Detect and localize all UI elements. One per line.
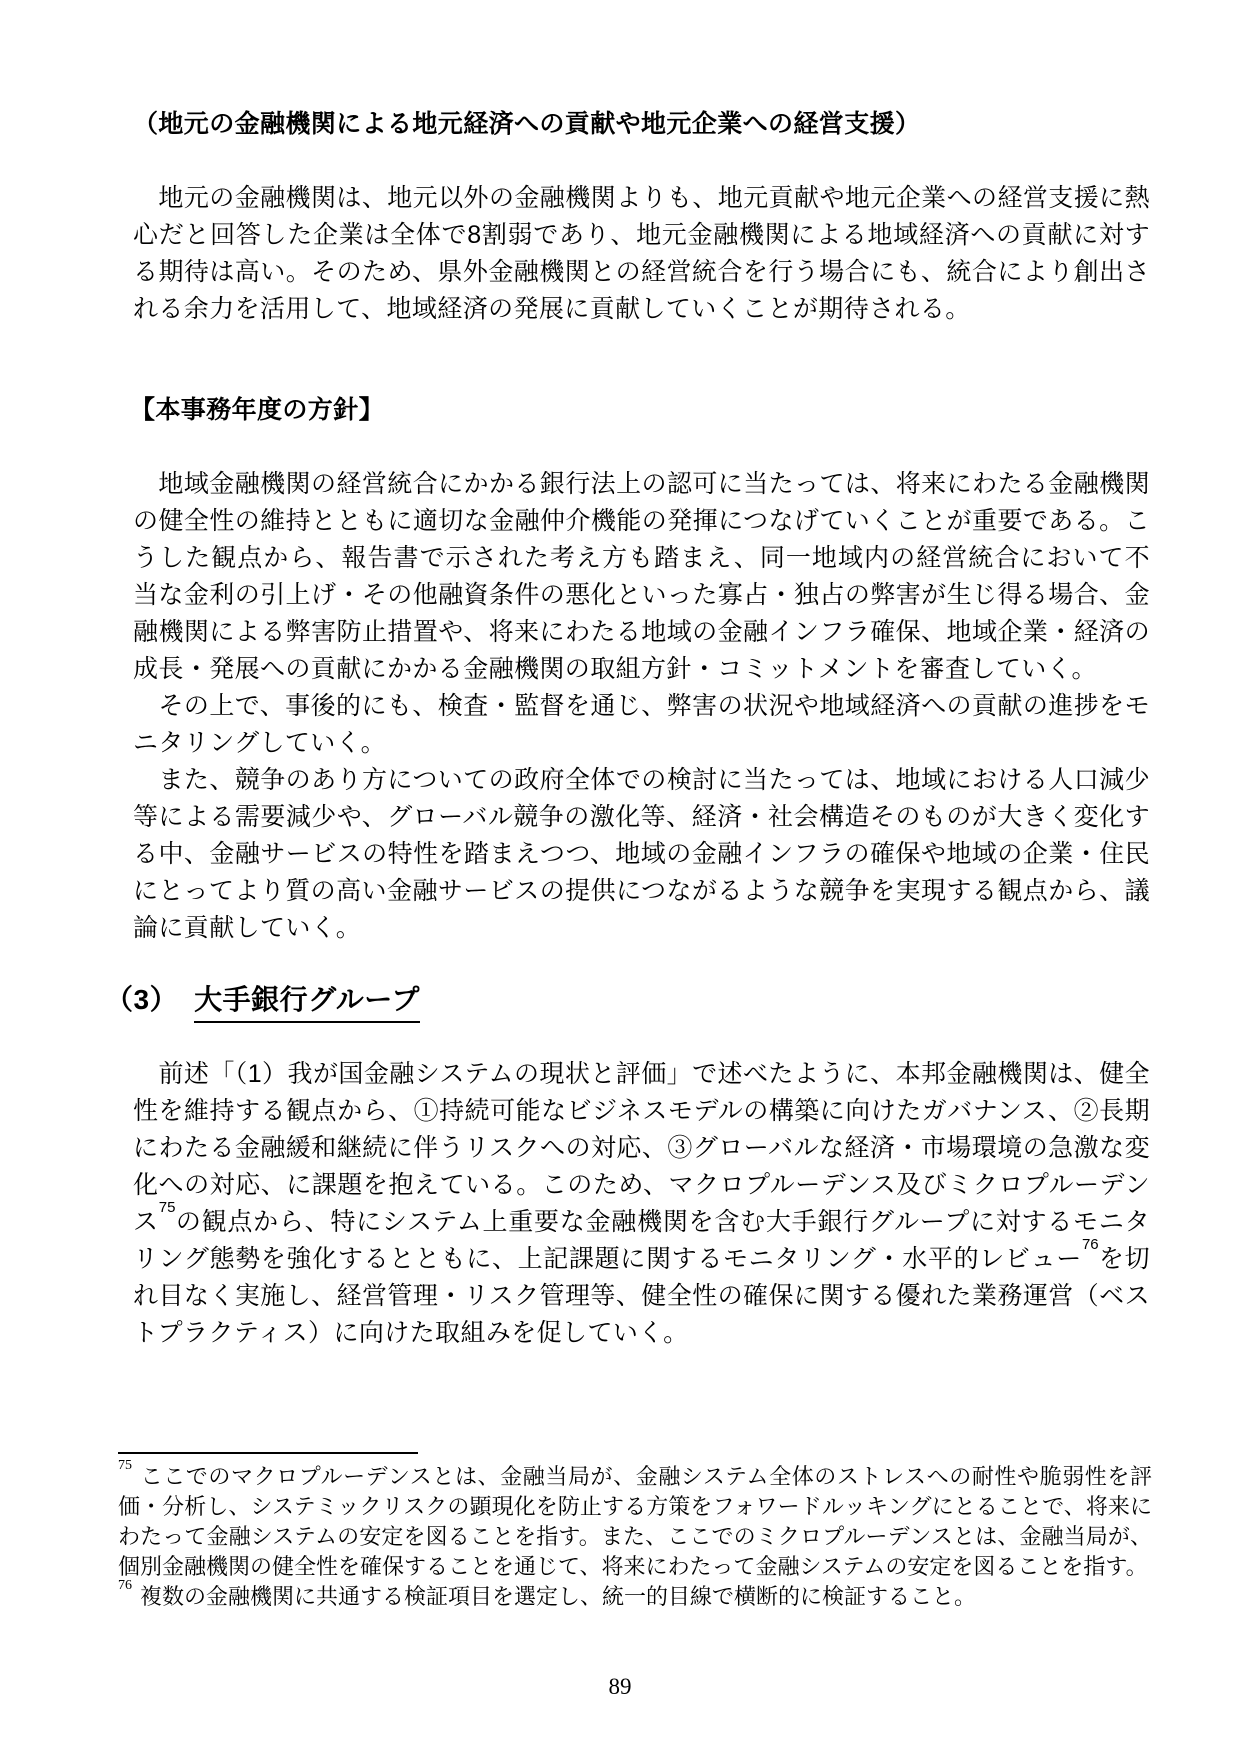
footnote-ref-75: 75 — [159, 1199, 176, 1216]
footnotes: 75ここでのマクロプルーデンスとは、金融当局が、金融システム全体のストレスへの耐… — [118, 1462, 1152, 1612]
footnote-separator-line — [118, 1452, 418, 1454]
paragraph-major-banks-seg2: の観点から、特にシステム上重要な金融機関を含む大手銀行グループに対するモニタリン… — [133, 1208, 1150, 1273]
section-number: （3） — [105, 984, 178, 1015]
footnote-75-marker: 75 — [118, 1458, 132, 1473]
policy-paragraph-3: また、競争のあり方についての政府全体での検討に当たっては、地域における人口減少等… — [133, 762, 1150, 947]
footnote-75: 75ここでのマクロプルーデンスとは、金融当局が、金融システム全体のストレスへの耐… — [118, 1462, 1152, 1582]
document-page: （地元の金融機関による地元経済への貢献や地元企業への経営支援） 地元の金融機関は… — [0, 0, 1240, 1755]
section-heading-policy-year: 【本事務年度の方針】 — [130, 390, 1147, 426]
paragraph-major-banks: 前述「（1）我が国金融システムの現状と評価」で述べたように、本邦金融機関は、健全… — [133, 1056, 1150, 1352]
footnote-76: 76複数の金融機関に共通する検証項目を選定し、統一的目線で横断的に検証すること。 — [118, 1582, 1152, 1612]
section-heading-major-banks: （3）大手銀行グループ — [105, 978, 420, 1023]
section-title-underlined: 大手銀行グループ — [194, 978, 420, 1023]
footnote-76-text: 複数の金融機関に共通する検証項目を選定し、統一的目線で横断的に検証すること。 — [140, 1584, 976, 1609]
paragraph-local-contribution: 地元の金融機関は、地元以外の金融機関よりも、地元貢献や地元企業への経営支援に熱心… — [133, 180, 1150, 328]
policy-paragraph-1: 地域金融機関の経営統合にかかる銀行法上の認可に当たっては、将来にわたる金融機関の… — [133, 466, 1150, 688]
footnote-ref-76: 76 — [1082, 1236, 1099, 1253]
section-heading-local-contribution: （地元の金融機関による地元経済への貢献や地元企業への経営支援） — [133, 104, 1150, 140]
policy-paragraphs: 地域金融機関の経営統合にかかる銀行法上の認可に当たっては、将来にわたる金融機関の… — [133, 466, 1150, 947]
footnote-76-marker: 76 — [118, 1578, 132, 1593]
page-number: 89 — [0, 1674, 1240, 1700]
footnote-75-text: ここでのマクロプルーデンスとは、金融当局が、金融システム全体のストレスへの耐性や… — [118, 1464, 1152, 1579]
policy-paragraph-2: その上で、事後的にも、検査・監督を通じ、弊害の状況や地域経済への貢献の進捗をモニ… — [133, 688, 1150, 762]
